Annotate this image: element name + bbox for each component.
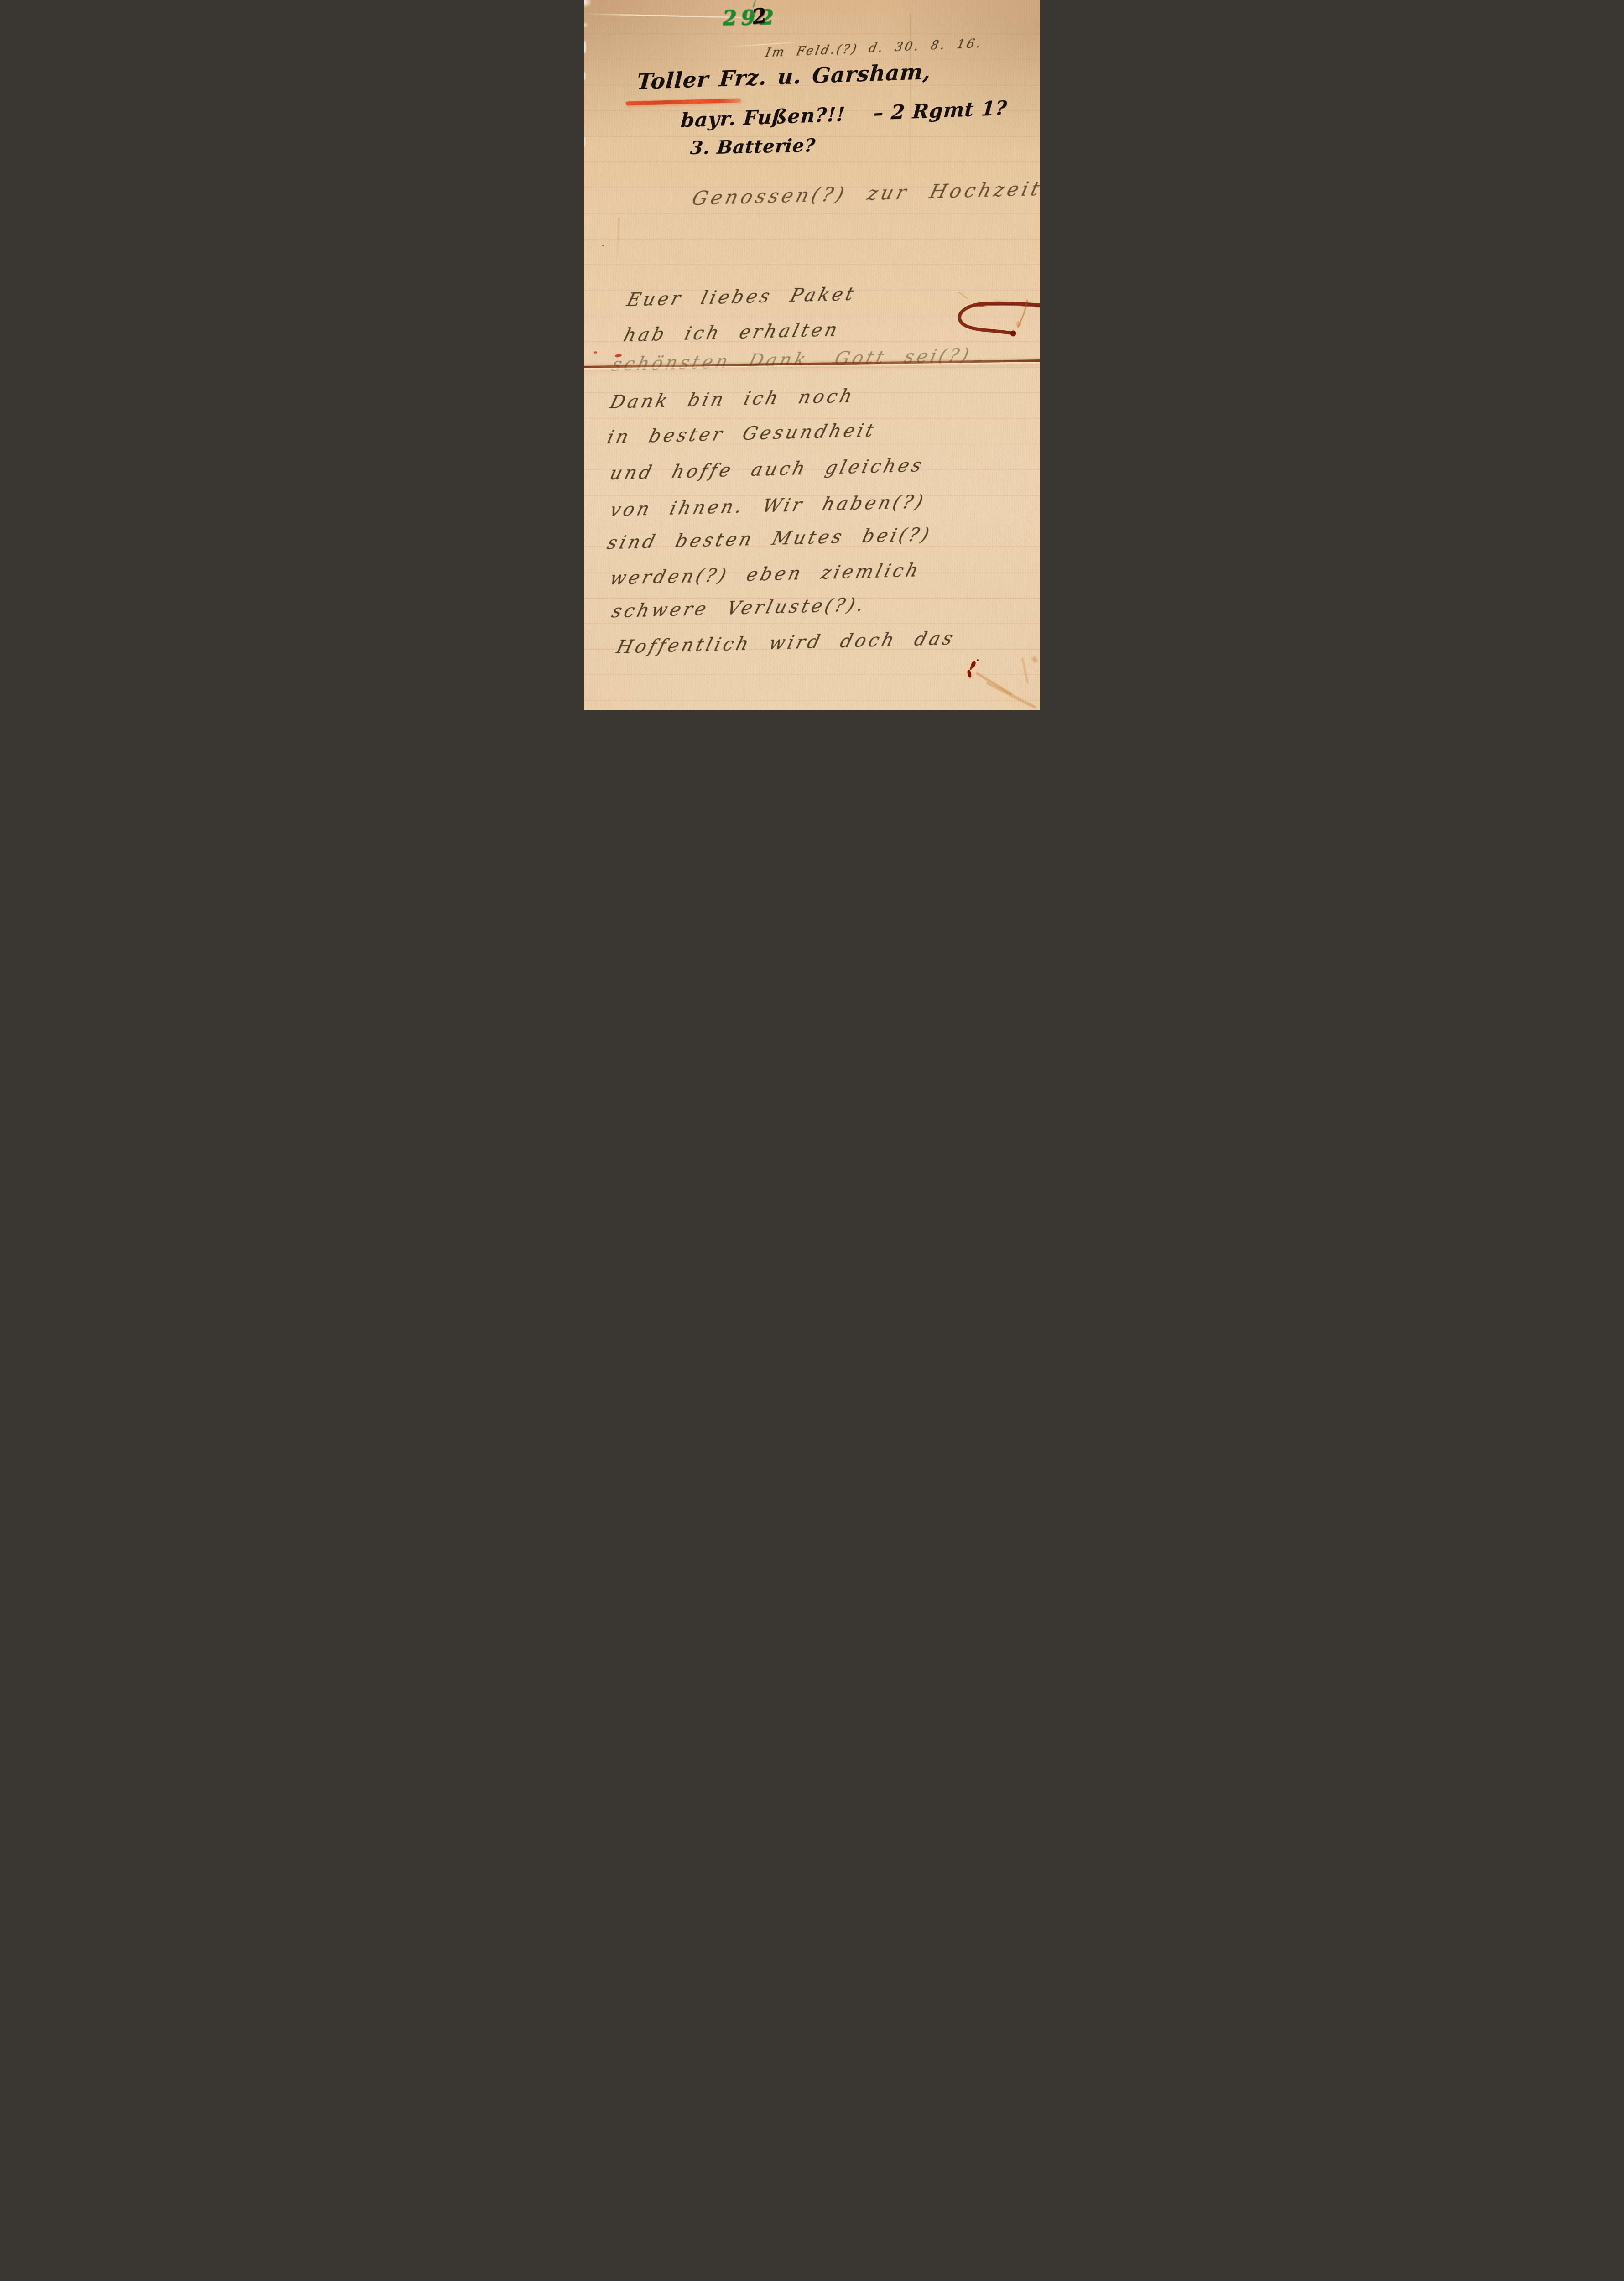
body-line: Dank bin ich noch: [608, 385, 857, 413]
annotation-sender-name: Toller Frz. u. Garsham,: [636, 59, 932, 95]
dark-red-speck: [977, 659, 979, 661]
body-line: Euer liebes Paket: [625, 283, 859, 310]
body-line: sind besten Mutes bei(?): [605, 524, 934, 554]
dark-red-stain: [967, 669, 972, 678]
annotation-unit-part-a: bayr. Fußen?!!: [680, 103, 846, 132]
archive-number: 292 2: [723, 5, 778, 30]
body-line-faded-at-fold: schönsten Dank. Gott sei(?): [609, 345, 974, 375]
annotation-battery-question: 3. Batterie?: [689, 135, 817, 159]
annotation-unit-part-b: – 2 Rgmt 1?: [873, 97, 1008, 125]
rust-streak-left: [617, 217, 619, 257]
body-line: von ihnen. Wir haben(?): [608, 491, 928, 521]
rust-streak: [986, 682, 1036, 709]
body-line: werden(?) eben ziemlich: [608, 560, 923, 589]
date-line: Im Feld.(?) d. 30. 8. 16.: [764, 36, 984, 60]
rust-smudge: [1031, 655, 1039, 663]
red-crayon-fleck: [594, 351, 597, 354]
paper-edge-nick: [584, 41, 586, 53]
body-line: und hoffe auch gleiches: [608, 455, 927, 484]
salutation-line: Genossen(?) zur Hochzeitsfeier(?): [690, 174, 1040, 209]
letter-page: 292 2 Im Feld.(?) d. 30. 8. 16. Toller F…: [584, 0, 1040, 710]
body-line: in bester Gesundheit: [605, 420, 879, 448]
paper-edge-nick: [584, 137, 586, 147]
red-speck: [602, 245, 604, 246]
body-line: schwere Verluste(?).: [609, 594, 869, 622]
body-line: Hoffentlich wird doch das: [614, 628, 958, 658]
body-line: hab ich erhalten: [621, 319, 842, 346]
paper-edge-nick: [584, 72, 586, 80]
red-crayon-bracket-mark: [949, 292, 1040, 342]
rust-streak: [1021, 657, 1029, 684]
red-crayon-underline: [626, 98, 741, 105]
dark-red-stain: [970, 661, 976, 668]
archive-number-green-digits: 292: [723, 5, 778, 30]
